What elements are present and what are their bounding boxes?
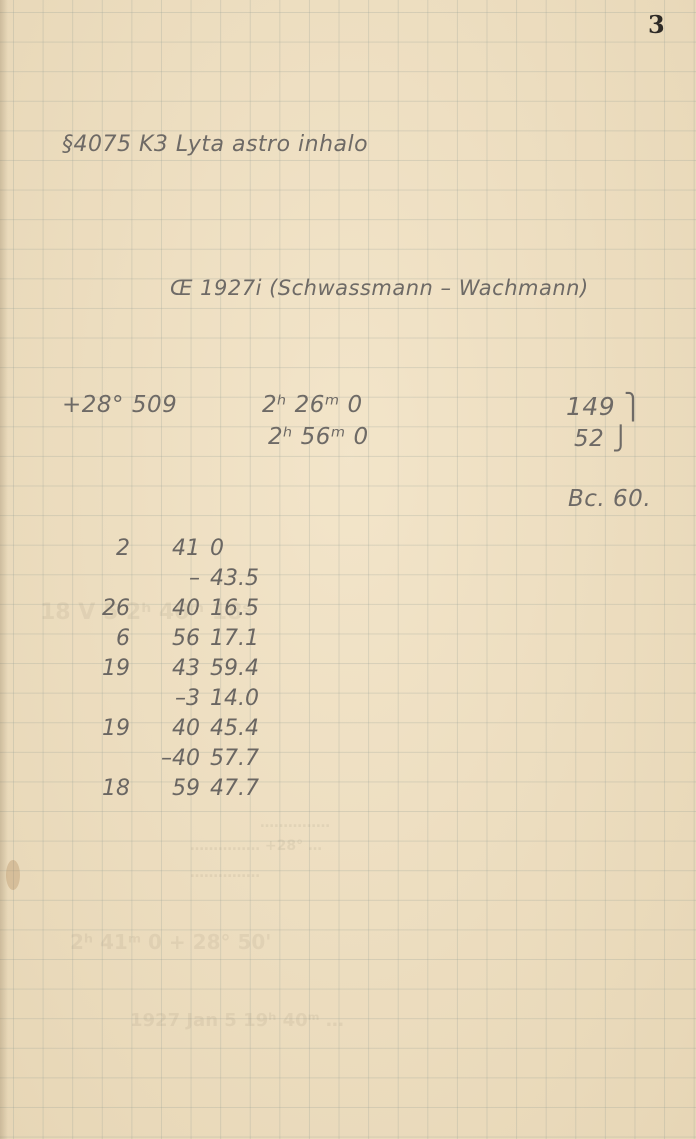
right-ascension-2: 2ʰ 56ᵐ 0 <box>268 424 369 450</box>
calc-seconds: 43.5 <box>204 566 282 591</box>
bracket-value-2: 52 ⎭ <box>574 426 630 452</box>
bracket-value-1: 149 ⎫ <box>566 392 643 421</box>
object-designation: Œ 1927i (Schwassmann – Wachmann) <box>170 276 589 300</box>
calc-hours: 19 <box>86 716 130 741</box>
reference-note: Bc. 60. <box>568 486 651 512</box>
calc-hours: 18 <box>86 776 130 801</box>
calc-minutes: –40 <box>134 746 200 771</box>
calc-seconds: 57.7 <box>204 746 282 771</box>
calc-minutes: –3 <box>134 686 200 711</box>
bleed-through-text: …………… <box>190 865 260 881</box>
bleed-through-text: 18 V 5 2ʰ 40ᵐ 18ˢ <box>40 600 251 625</box>
calc-hours: 2 <box>86 536 130 561</box>
calc-minutes: 43 <box>134 656 200 681</box>
page-number: 3 <box>648 10 665 39</box>
paper-stain <box>6 860 20 890</box>
calc-seconds: 14.0 <box>204 686 282 711</box>
calc-seconds: 59.4 <box>204 656 282 681</box>
page-edge-shadow <box>0 0 8 1139</box>
declination: +28° 509 <box>62 392 177 418</box>
bleed-through-text: 2ʰ 41ᵐ 0 + 28° 50' <box>70 930 271 954</box>
calc-minutes: – <box>134 566 200 591</box>
calc-seconds: 0 <box>204 536 282 561</box>
calc-minutes: 56 <box>134 626 200 651</box>
calc-seconds: 45.4 <box>204 716 282 741</box>
header-note: §4075 K3 Lyta astro inhalo <box>62 132 368 157</box>
calc-seconds: 17.1 <box>204 626 282 651</box>
bleed-through-text: …………… +28° … <box>190 838 322 854</box>
notebook-page: 3 §4075 K3 Lyta astro inhalo Œ 1927i (Sc… <box>0 0 696 1139</box>
calc-minutes: 40 <box>134 716 200 741</box>
calc-minutes: 41 <box>134 536 200 561</box>
calc-seconds: 47.7 <box>204 776 282 801</box>
calc-minutes: 59 <box>134 776 200 801</box>
calc-hours: 6 <box>86 626 130 651</box>
right-ascension-1: 2ʰ 26ᵐ 0 <box>262 392 363 418</box>
bleed-through-text: …………… <box>260 815 330 831</box>
bleed-through-text: 1927 Jan 5 19ʰ 40ᵐ … <box>130 1010 344 1031</box>
calc-hours: 19 <box>86 656 130 681</box>
